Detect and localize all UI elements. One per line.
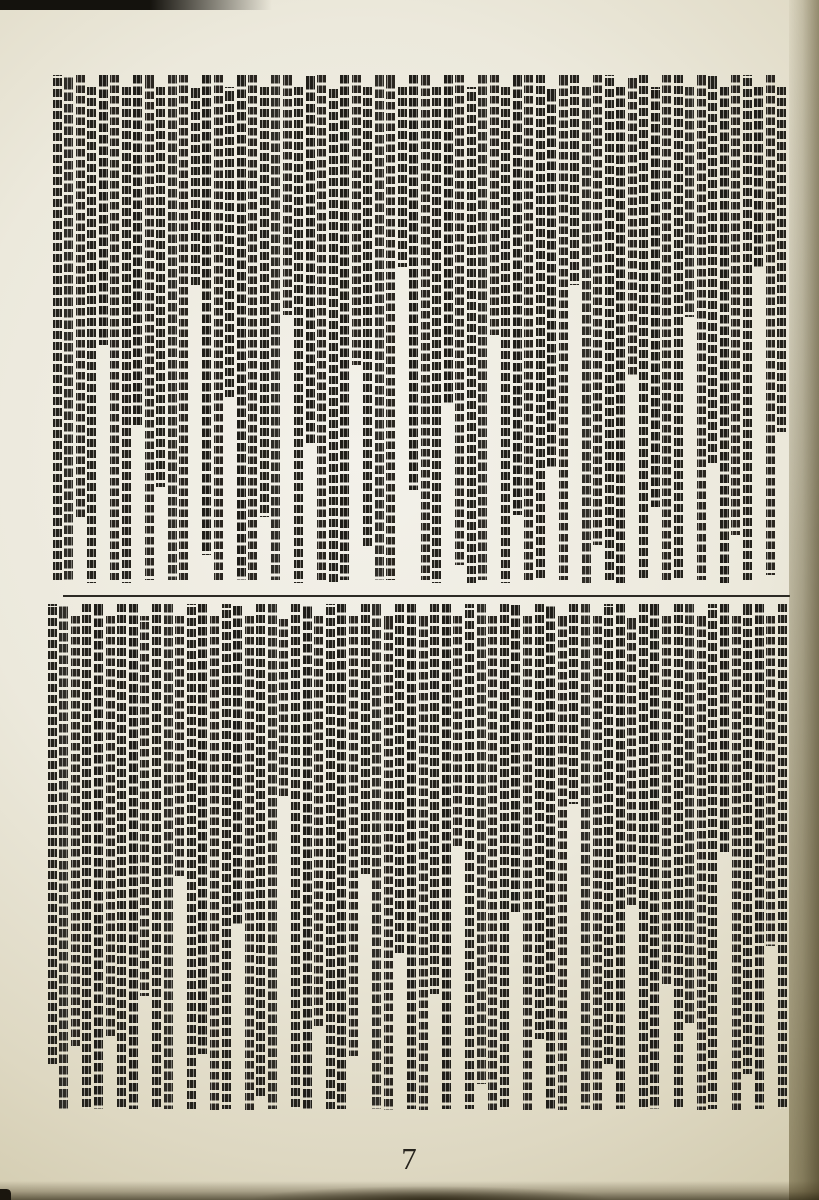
text-column [478, 75, 487, 580]
text-column [524, 75, 533, 580]
text-column [546, 604, 555, 1109]
text-column [511, 604, 520, 914]
text-column [210, 616, 219, 1110]
text-column [94, 604, 103, 1109]
text-column [755, 604, 764, 1109]
text-column [444, 75, 453, 405]
text-column [164, 604, 173, 1109]
text-column [283, 75, 292, 315]
text-column [731, 75, 740, 535]
text-column [662, 616, 671, 986]
page-number: 7 [0, 1141, 819, 1177]
text-column [513, 75, 522, 515]
text-column [340, 75, 349, 580]
text-column [237, 75, 246, 580]
text-column [361, 604, 370, 874]
text-column [329, 87, 338, 583]
text-column [337, 604, 346, 1109]
text-column [467, 87, 476, 583]
text-column [465, 604, 474, 1109]
text-column [569, 604, 578, 804]
text-column [59, 604, 68, 1109]
text-column [187, 604, 196, 1109]
text-column [245, 616, 254, 1110]
text-column [743, 604, 752, 1074]
text-column [697, 616, 706, 1110]
text-block-lower [46, 604, 787, 1115]
text-column [64, 75, 73, 580]
text-column [294, 87, 303, 583]
text-column [256, 604, 265, 1099]
text-column [168, 75, 177, 580]
text-column [279, 616, 288, 796]
text-column [314, 616, 323, 1026]
text-column [732, 616, 741, 1110]
text-column [582, 87, 591, 583]
text-column [409, 75, 418, 490]
text-column [395, 604, 404, 954]
text-column [488, 616, 497, 1110]
text-column [349, 616, 358, 1056]
text-column [500, 604, 509, 1109]
text-column [398, 87, 407, 267]
text-column [430, 604, 439, 994]
text-column [140, 616, 149, 996]
text-column [175, 616, 184, 876]
scanned-book-page: 7 [0, 0, 819, 1200]
text-column [616, 87, 625, 583]
text-column [547, 87, 556, 467]
text-column [156, 87, 165, 487]
text-column [477, 604, 486, 1084]
text-column [421, 75, 430, 580]
text-column [616, 604, 625, 1109]
text-column [303, 604, 312, 1109]
text-column [48, 604, 57, 1064]
text-column [639, 604, 648, 1109]
text-column [593, 75, 602, 545]
text-column [766, 616, 775, 946]
text-column [179, 75, 188, 580]
text-column [627, 616, 636, 906]
text-column [581, 604, 590, 1109]
text-column [372, 604, 381, 1109]
text-column [122, 87, 131, 583]
text-column [490, 75, 499, 335]
text-column [268, 604, 277, 1109]
text-column [766, 75, 775, 575]
text-column [720, 87, 729, 583]
text-column [559, 75, 568, 580]
text-column [442, 604, 451, 1109]
text-column [363, 87, 372, 547]
text-column [191, 87, 200, 287]
text-column [535, 604, 544, 1039]
text-column [260, 87, 269, 517]
text-column [222, 604, 231, 1109]
text-column [674, 75, 683, 580]
text-column [570, 75, 579, 285]
text-column [384, 616, 393, 1110]
text-column [651, 87, 660, 507]
section-divider-rule [63, 595, 790, 597]
text-column [352, 75, 361, 365]
text-column [662, 75, 671, 580]
text-column [455, 75, 464, 565]
text-column [145, 75, 154, 580]
text-column [133, 75, 142, 425]
text-column [708, 75, 717, 465]
text-column [419, 616, 428, 1110]
text-column [674, 604, 683, 1109]
text-column [76, 75, 85, 520]
text-column [778, 604, 787, 1109]
text-column [453, 616, 462, 846]
text-column [117, 604, 126, 1109]
text-column [375, 75, 384, 580]
text-column [697, 75, 706, 580]
text-column [639, 75, 648, 580]
page-edge-shadow-bottom [0, 1181, 819, 1200]
text-column [536, 75, 545, 580]
text-column [317, 75, 326, 580]
text-column [604, 604, 613, 1064]
text-column [99, 75, 108, 345]
text-column [306, 75, 315, 445]
text-column [558, 616, 567, 1110]
text-column [106, 616, 115, 1036]
text-column [87, 87, 96, 583]
text-column [523, 616, 532, 1110]
text-column [198, 604, 207, 1054]
text-column [152, 604, 161, 1109]
text-column [326, 604, 335, 1109]
text-column [214, 75, 223, 580]
scan-corner-artifact [0, 1189, 11, 1200]
page-edge-shadow-right [789, 0, 819, 1200]
text-column [628, 75, 637, 375]
text-column [685, 87, 694, 317]
text-column [743, 75, 752, 580]
text-column [291, 604, 300, 1109]
text-column [129, 604, 138, 1109]
text-column [605, 75, 614, 580]
text-column [71, 616, 80, 1046]
text-column [82, 604, 91, 1109]
text-column [233, 604, 242, 924]
text-column [202, 75, 211, 555]
text-column [650, 604, 659, 1109]
text-column [708, 604, 717, 1109]
text-column [271, 75, 280, 580]
scanner-edge-strip [0, 0, 272, 10]
text-column [248, 75, 257, 580]
text-column [432, 87, 441, 583]
text-block-upper [50, 75, 786, 586]
text-column [501, 87, 510, 583]
text-column [593, 616, 602, 1110]
text-column [720, 604, 729, 854]
text-column [110, 75, 119, 580]
text-column [225, 87, 234, 397]
text-column [386, 75, 395, 580]
text-column [407, 604, 416, 1109]
text-column [685, 604, 694, 1024]
text-column [754, 87, 763, 267]
text-column [777, 87, 786, 432]
text-column [53, 75, 62, 580]
